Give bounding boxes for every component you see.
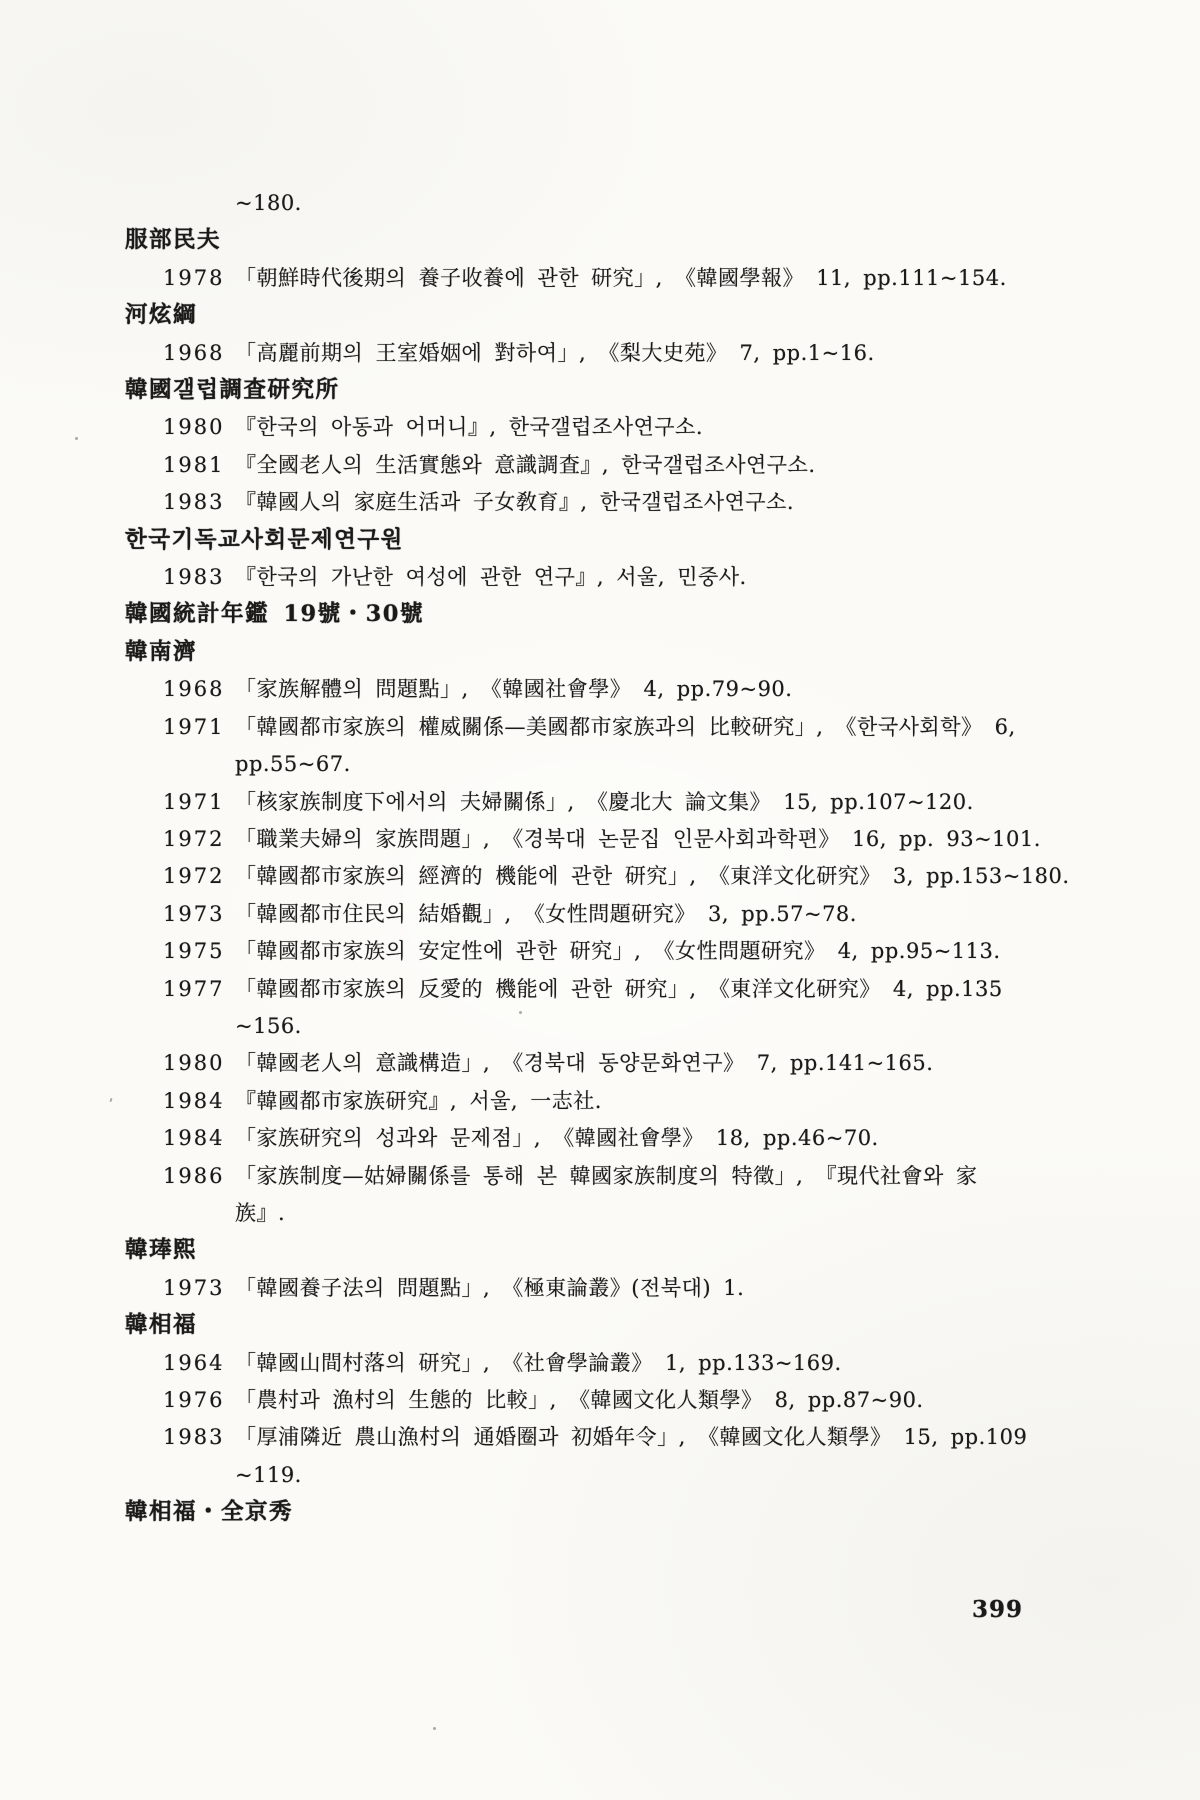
entry-year: 1968 [163,335,235,372]
bibliography-section: 韓相福1964「韓國山間村落의 研究」, 《社會學論叢》 1, pp.133~1… [125,1307,1077,1494]
scan-speck [433,1727,436,1730]
scanned-page: ~180. 服部民夫1978「朝鮮時代後期의 養子收養에 관한 研究」, 《韓國… [0,0,1200,1800]
bibliography-sections: 服部民夫1978「朝鮮時代後期의 養子收養에 관한 研究」, 《韓國學報》 11… [125,222,1077,1531]
entry-text: 「高麗前期의 王室婚姻에 對하여」, 《梨大史苑》 7, pp.1~16. [235,341,875,365]
entry-year: 1983 [163,559,235,596]
entry-year: 1984 [163,1120,235,1157]
entry-year: 1976 [163,1382,235,1419]
bibliography-entry: 1980「韓國老人의 意識構造」, 《경북대 동양문화연구》 7, pp.141… [163,1045,1077,1082]
entry-year: 1971 [163,784,235,821]
bibliography-entry: 1981『全國老人의 生活實態와 意識調査』, 한국갤럽조사연구소. [163,447,1077,484]
entry-year: 1972 [163,821,235,858]
bibliography-entry: 1977「韓國都市家族의 反愛的 機能에 관한 研究」, 《東洋文化研究》 4,… [163,971,1077,1046]
bibliography-entry: 1972「職業夫婦의 家族問題」, 《경북대 논문집 인문사회과학편》 16, … [163,821,1077,858]
entry-text: 「厚浦隣近 農山漁村의 通婚圈과 初婚年令」, 《韓國文化人類學》 15, pp… [235,1425,1027,1486]
bibliography-entry: 1986「家族制度—姑婦關係를 통해 본 韓國家族制度의 特徵」, 『現代社會와… [163,1158,1077,1233]
bibliography-entry: 1975「韓國都市家族의 安定性에 관한 研究」, 《女性問題研究》 4, pp… [163,933,1077,970]
bibliography-entry: 1983「厚浦隣近 農山漁村의 通婚圈과 初婚年令」, 《韓國文化人類學》 15… [163,1419,1077,1494]
entry-year: 1977 [163,971,235,1008]
entry-text: 「韓國老人의 意識構造」, 《경북대 동양문화연구》 7, pp.141~165… [235,1051,933,1075]
bibliography-entry: 1978「朝鮮時代後期의 養子收養에 관한 研究」, 《韓國學報》 11, pp… [163,260,1077,297]
entry-year: 1983 [163,484,235,521]
entry-year: 1968 [163,671,235,708]
entry-text: 「農村과 漁村의 生態的 比較」, 《韓國文化人類學》 8, pp.87~90. [235,1388,924,1412]
entry-year: 1980 [163,409,235,446]
bibliography-entry: 1984「家族研究의 성과와 문제점」, 《韓國社會學》 18, pp.46~7… [163,1120,1077,1157]
bibliography-section: 服部民夫1978「朝鮮時代後期의 養子收養에 관한 研究」, 《韓國學報》 11… [125,222,1077,297]
entry-year: 1973 [163,1270,235,1307]
continuation-fragment: ~180. [235,185,1077,222]
entry-text: 「韓國都市住民의 結婚觀」, 《女性問題研究》 3, pp.57~78. [235,902,857,926]
entry-year: 1973 [163,896,235,933]
scan-speck [109,1098,112,1102]
author-heading: 韓相福・全京秀 [125,1494,1077,1531]
bibliography-entry: 1976「農村과 漁村의 生態的 比較」, 《韓國文化人類學》 8, pp.87… [163,1382,1077,1419]
entry-text: 『全國老人의 生活實態와 意識調査』, 한국갤럽조사연구소. [235,453,816,477]
entry-year: 1975 [163,933,235,970]
entry-text: 「韓國都市家族의 反愛的 機能에 관한 研究」, 《東洋文化研究》 4, pp.… [235,977,1003,1038]
author-heading: 한국기독교사회문제연구원 [125,522,1077,559]
entry-year: 1983 [163,1419,235,1456]
author-heading: 韓琫熙 [125,1232,1077,1269]
entry-year: 1978 [163,260,235,297]
entry-text: 「韓國養子法의 問題點」, 《極東論叢》(전북대) 1. [235,1276,744,1300]
bibliography-entry: 1968「高麗前期의 王室婚姻에 對하여」, 《梨大史苑》 7, pp.1~16… [163,335,1077,372]
scan-speck [519,1011,522,1014]
bibliography-entry: 1973「韓國都市住民의 結婚觀」, 《女性問題研究》 3, pp.57~78. [163,896,1077,933]
bibliography-entry: 1983『한국의 가난한 여성에 관한 연구』, 서울, 민중사. [163,559,1077,596]
bibliography-entry: 1964「韓國山間村落의 研究」, 《社會學論叢》 1, pp.133~169. [163,1345,1077,1382]
entry-text: 『한국의 아동과 어머니』, 한국갤럽조사연구소. [235,415,703,439]
entry-text: 『韓國人의 家庭生活과 子女敎育』, 한국갤럽조사연구소. [235,490,794,514]
bibliography-section: 韓南濟1968「家族解體의 問題點」, 《韓國社會學》 4, pp.79~90.… [125,634,1077,1233]
bibliography-entry: 1984『韓國都市家族研究』, 서울, 一志社. [163,1083,1077,1120]
entry-text: 「職業夫婦의 家族問題」, 《경북대 논문집 인문사회과학편》 16, pp. … [235,827,1041,851]
entry-text: 『한국의 가난한 여성에 관한 연구』, 서울, 민중사. [235,565,747,589]
entry-text: 「家族制度—姑婦關係를 통해 본 韓國家族制度의 特徵」, 『現代社會와 家 族… [235,1164,977,1225]
entry-text: 「朝鮮時代後期의 養子收養에 관한 研究」, 《韓國學報》 11, pp.111… [235,266,1007,290]
bibliography-section: 河炫綱1968「高麗前期의 王室婚姻에 對하여」, 《梨大史苑》 7, pp.1… [125,297,1077,372]
bibliography-entry: 1983『韓國人의 家庭生活과 子女敎育』, 한국갤럽조사연구소. [163,484,1077,521]
bibliography-list: ~180. 服部民夫1978「朝鮮時代後期의 養子收養에 관한 研究」, 《韓國… [125,185,1077,1532]
entry-year: 1980 [163,1045,235,1082]
bibliography-section: 韓國갤럽調査研究所1980『한국의 아동과 어머니』, 한국갤럽조사연구소.19… [125,372,1077,522]
bibliography-section: 韓相福・全京秀 [125,1494,1077,1531]
bibliography-entry: 1971「核家族制度下에서의 夫婦關係」, 《慶北大 論文集》 15, pp.1… [163,784,1077,821]
entry-text: 「韓國都市家族의 權威關係—美國都市家族과의 比較研究」, 《한국사회학》 6,… [235,715,1016,776]
entry-text: 『韓國都市家族研究』, 서울, 一志社. [235,1089,602,1113]
entry-year: 1971 [163,709,235,746]
entry-text: 「家族研究의 성과와 문제점」, 《韓國社會學》 18, pp.46~70. [235,1126,879,1150]
scan-speck [75,437,78,440]
entry-text: 「核家族制度下에서의 夫婦關係」, 《慶北大 論文集》 15, pp.107~1… [235,790,974,814]
bibliography-entry: 1980『한국의 아동과 어머니』, 한국갤럽조사연구소. [163,409,1077,446]
entry-text: 「韓國都市家族의 經濟的 機能에 관한 研究」, 《東洋文化研究》 3, pp.… [235,864,1070,888]
bibliography-section: 韓國統計年鑑 19號・30號 [125,596,1077,633]
author-heading: 服部民夫 [125,222,1077,259]
entry-text: 「韓國都市家族의 安定性에 관한 研究」, 《女性問題研究》 4, pp.95~… [235,939,1001,963]
author-heading: 韓國갤럽調査研究所 [125,372,1077,409]
entry-year: 1986 [163,1158,235,1195]
bibliography-section: 한국기독교사회문제연구원1983『한국의 가난한 여성에 관한 연구』, 서울,… [125,522,1077,597]
bibliography-entry: 1972「韓國都市家族의 經濟的 機能에 관한 研究」, 《東洋文化研究》 3,… [163,858,1077,895]
bibliography-entry: 1973「韓國養子法의 問題點」, 《極東論叢》(전북대) 1. [163,1270,1077,1307]
entry-text: 「家族解體의 問題點」, 《韓國社會學》 4, pp.79~90. [235,677,792,701]
entry-year: 1964 [163,1345,235,1382]
entry-year: 1984 [163,1083,235,1120]
bibliography-entry: 1968「家族解體의 問題點」, 《韓國社會學》 4, pp.79~90. [163,671,1077,708]
bibliography-section: 韓琫熙1973「韓國養子法의 問題點」, 《極東論叢》(전북대) 1. [125,1232,1077,1307]
bibliography-entry: 1971「韓國都市家族의 權威關係—美國都市家族과의 比較研究」, 《한국사회학… [163,709,1077,784]
author-heading: 韓南濟 [125,634,1077,671]
entry-text: 「韓國山間村落의 研究」, 《社會學論叢》 1, pp.133~169. [235,1351,842,1375]
author-heading: 韓相福 [125,1307,1077,1344]
author-heading: 河炫綱 [125,297,1077,334]
entry-year: 1981 [163,447,235,484]
entry-year: 1972 [163,858,235,895]
page-number: 399 [972,1596,1023,1623]
author-heading: 韓國統計年鑑 19號・30號 [125,596,1077,633]
